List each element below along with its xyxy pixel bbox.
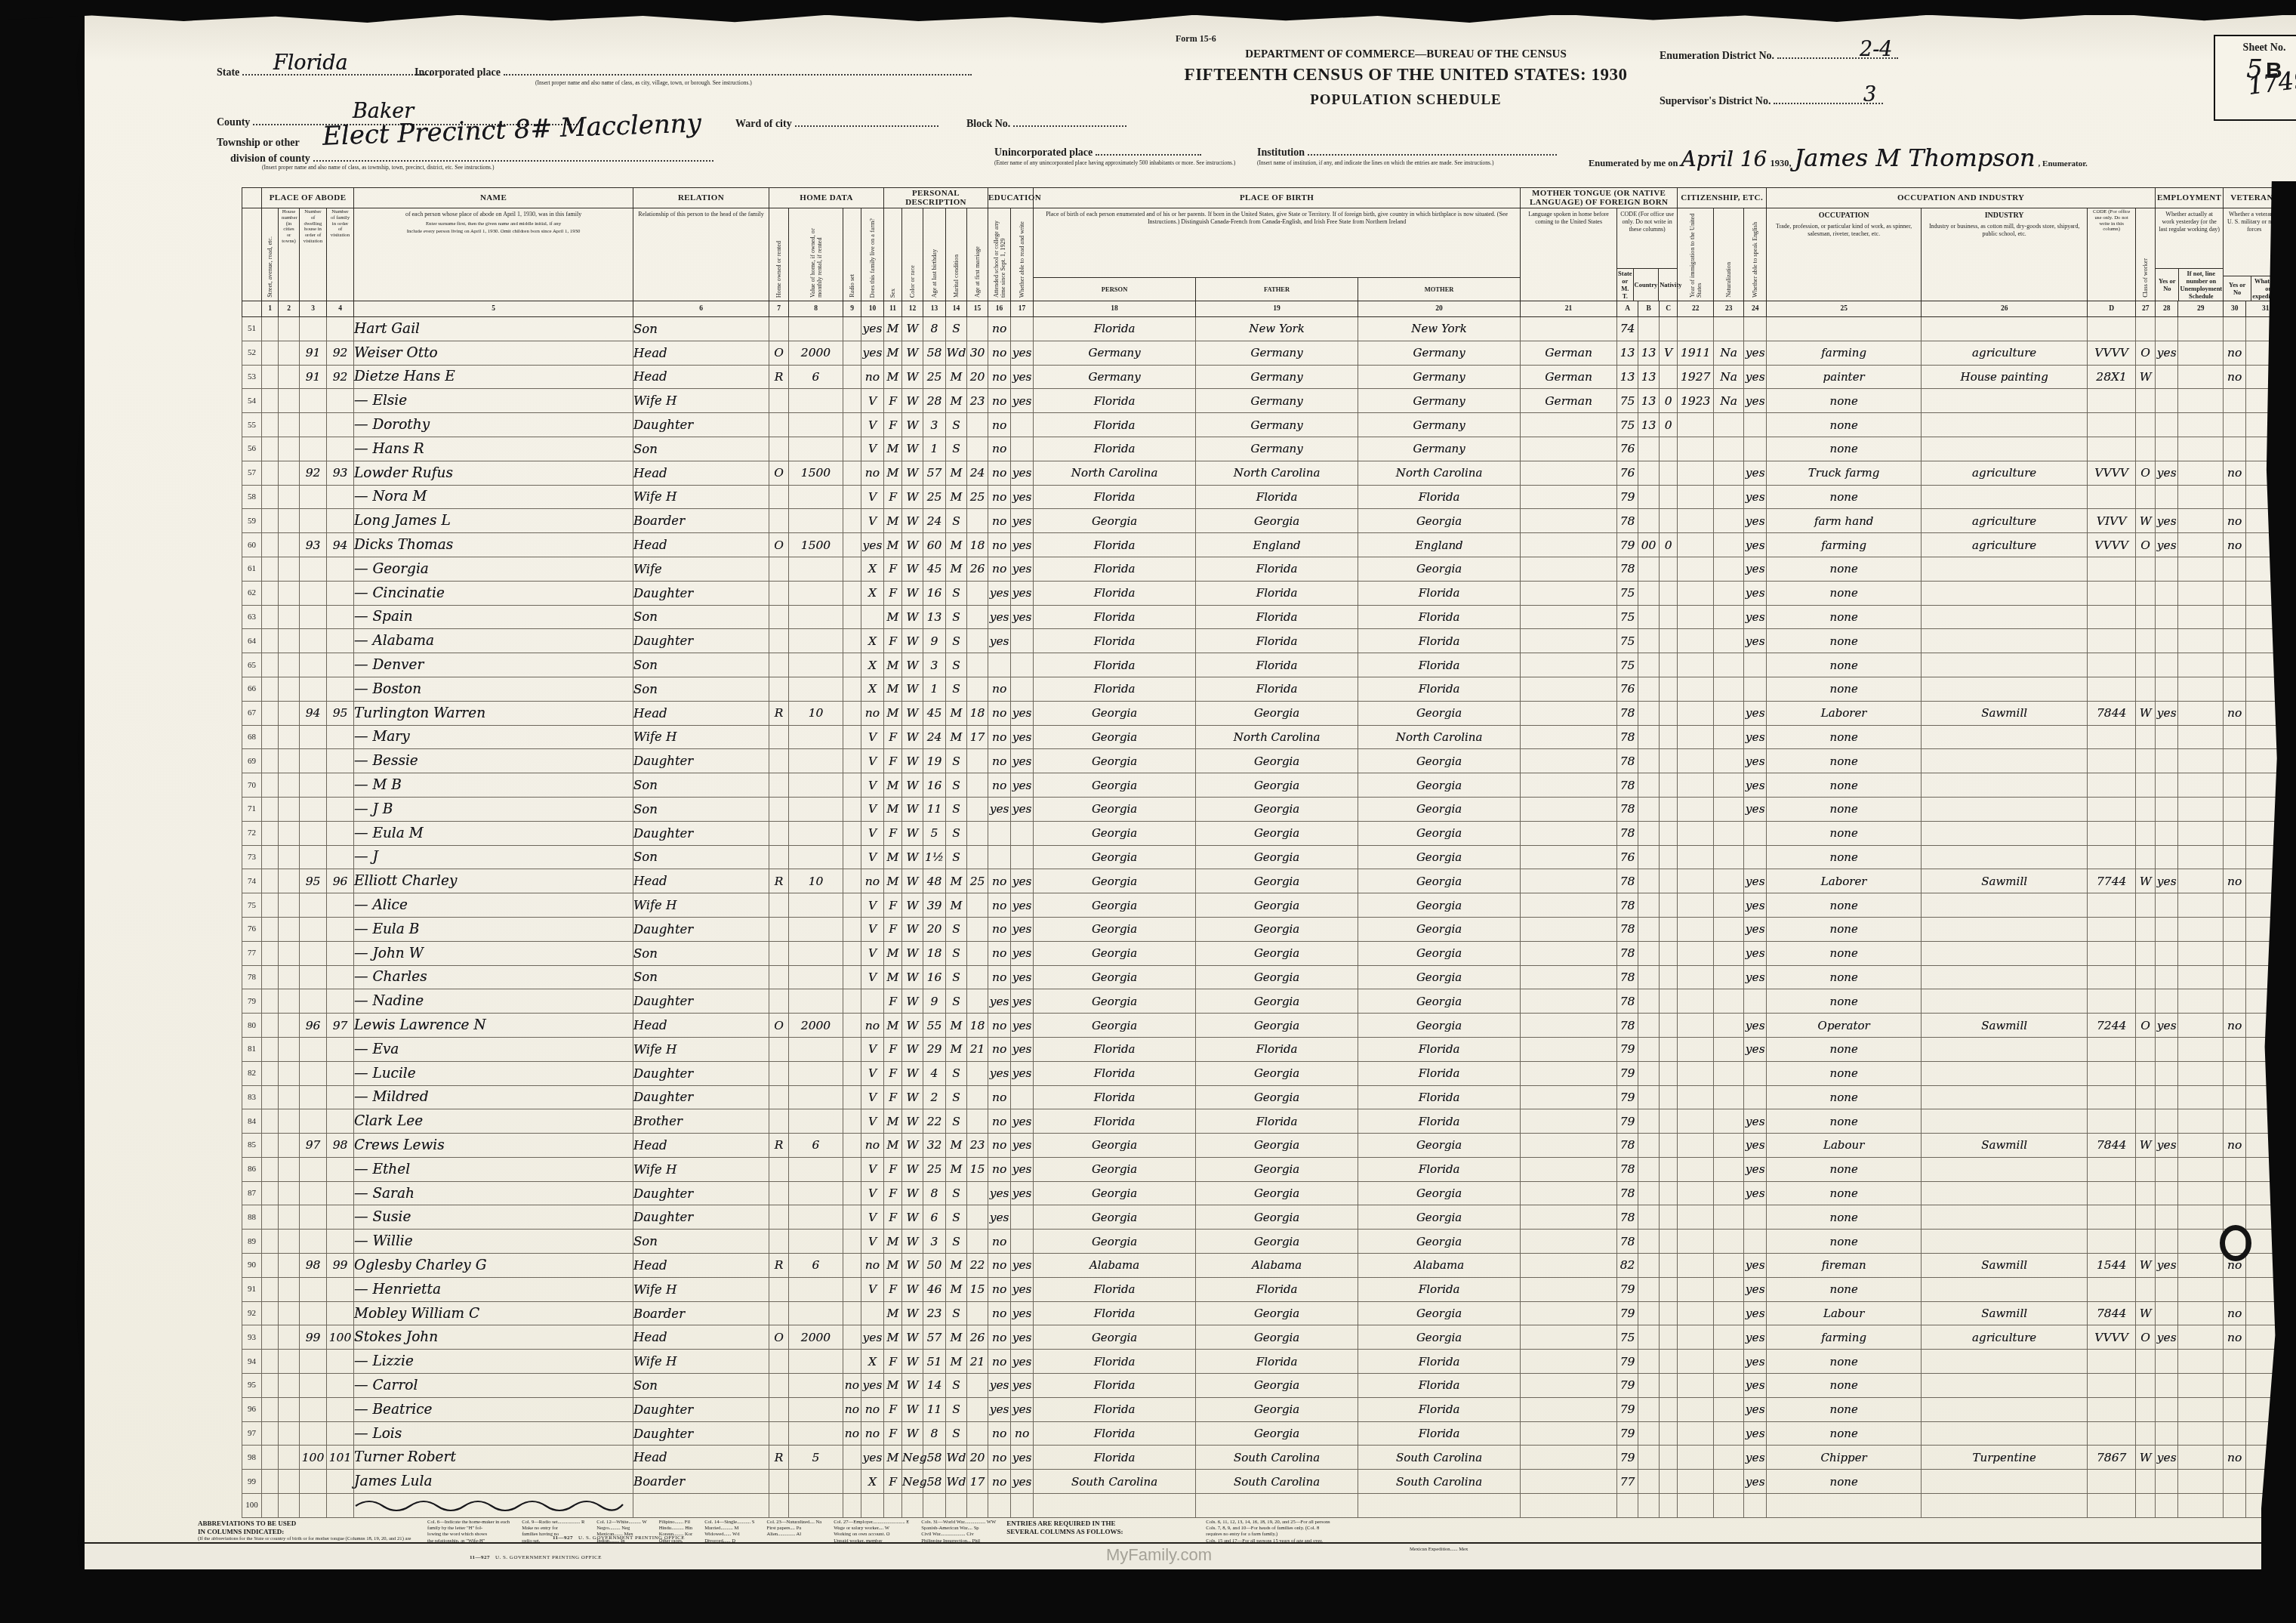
column-header: Whether able to speak English	[1744, 208, 1767, 301]
cell-sch	[988, 1494, 1011, 1518]
cell-ln: 92	[242, 1301, 262, 1325]
cell-hn	[279, 1494, 300, 1518]
cell-rw: yes	[1011, 1277, 1034, 1301]
cell-fmr: V	[861, 941, 884, 965]
cell-im	[1678, 1181, 1714, 1205]
cell-fmr: no	[861, 365, 884, 389]
cell-in	[1922, 1061, 2088, 1085]
cell-nt	[1714, 605, 1744, 629]
cell-nt	[1714, 725, 1744, 749]
cell-cl: W	[2136, 869, 2156, 893]
cell-vt	[2224, 725, 2246, 749]
cell-col: W	[902, 1350, 923, 1374]
cell-col: W	[902, 1109, 923, 1134]
cell-ca: 75	[1617, 605, 1638, 629]
cell-col: W	[902, 317, 923, 341]
cell-im	[1678, 845, 1714, 869]
cell-cb: 00	[1638, 533, 1660, 557]
cell-en	[1744, 989, 1767, 1014]
cell-hn	[279, 1301, 300, 1325]
cell-bp: North Carolina	[1034, 461, 1196, 485]
cell-vt	[2224, 773, 2246, 798]
cell-in	[1922, 557, 2088, 581]
cell-vt: no	[2224, 365, 2246, 389]
cell-val: 10	[789, 701, 843, 725]
cell-en: yes	[1744, 965, 1767, 989]
cell-wk: yes	[2156, 1325, 2178, 1350]
cell-nt	[1714, 893, 1744, 918]
cell-col: W	[902, 1397, 923, 1421]
cell-lg	[1521, 437, 1617, 461]
cell-st	[262, 1397, 279, 1421]
abbreviations-heading: ABBREVIATIONS TO BE USEDIN COLUMNS INDIC…	[198, 1520, 417, 1536]
cell-ln: 97	[242, 1421, 262, 1446]
cell-en: yes	[1744, 773, 1767, 798]
cell-cl: O	[2136, 1325, 2156, 1350]
cell-od	[2088, 653, 2136, 677]
cell-st	[262, 461, 279, 485]
column-header: CODE (For office use only. Do not write …	[1617, 208, 1678, 301]
cell-hn	[279, 1157, 300, 1181]
cell-ca: 78	[1617, 557, 1638, 581]
cell-nt	[1714, 629, 1744, 653]
cell-oc: none	[1767, 1157, 1922, 1181]
cell-in	[1922, 485, 2088, 509]
column-number: 30	[2224, 301, 2246, 317]
cell-vt	[2224, 917, 2246, 941]
cell-ca: 76	[1617, 677, 1638, 701]
table-row: 99James LulaBoarderXFNeg58Wd17noyesSouth…	[242, 1470, 2296, 1494]
cell-age: 9	[923, 989, 946, 1014]
cell-nm: — Eula B	[354, 917, 633, 941]
cell-in	[1922, 1181, 2088, 1205]
cell-oc: none	[1767, 1109, 1922, 1134]
column-number: 19	[1196, 301, 1358, 317]
cell-fmr: V	[861, 725, 884, 749]
cell-im	[1678, 1254, 1714, 1278]
cell-cb	[1638, 1350, 1660, 1374]
cell-bm: Georgia	[1358, 1301, 1521, 1325]
cell-sex: F	[884, 749, 902, 773]
cell-fmr: no	[861, 869, 884, 893]
column-number: 29	[2178, 301, 2224, 317]
cell-st	[262, 485, 279, 509]
cell-bp: Florida	[1034, 1350, 1196, 1374]
column-number: 4	[327, 301, 354, 317]
cell-mar: M	[946, 389, 967, 413]
column-header: Color or race	[902, 208, 923, 301]
cell-nt	[1714, 317, 1744, 341]
cell-lg	[1521, 1181, 1617, 1205]
cell-nt	[1714, 1157, 1744, 1181]
cell-rw: yes	[1011, 1301, 1034, 1325]
cell-fm	[327, 941, 354, 965]
cell-own	[769, 1157, 789, 1181]
cell-hn	[279, 725, 300, 749]
enumerated-label: Enumerated by me on	[1589, 158, 1678, 168]
cell-dw	[300, 797, 327, 821]
cell-agm	[967, 941, 988, 965]
cell-cl	[2136, 1374, 2156, 1398]
cell-st	[262, 1325, 279, 1350]
cell-cl	[2136, 1421, 2156, 1446]
cell-in	[1922, 581, 2088, 605]
cell-fm	[327, 389, 354, 413]
cell-bp: Florida	[1034, 653, 1196, 677]
cell-agm	[967, 917, 988, 941]
cell-vt	[2224, 1085, 2246, 1109]
cell-fmr: no	[861, 1014, 884, 1038]
cell-oc: none	[1767, 1374, 1922, 1398]
cell-own	[769, 509, 789, 533]
column-number	[242, 301, 262, 317]
cell-wk	[2156, 1157, 2178, 1181]
cell-sch: no	[988, 1470, 1011, 1494]
cell-own	[769, 1109, 789, 1134]
cell-sex: F	[884, 725, 902, 749]
cell-in: agriculture	[1922, 509, 2088, 533]
cell-sch: no	[988, 557, 1011, 581]
cell-cl: O	[2136, 461, 2156, 485]
cell-bp: Germany	[1034, 341, 1196, 365]
cell-rel: Head	[633, 869, 769, 893]
cell-cb: 13	[1638, 413, 1660, 437]
ward-label: Ward of city	[735, 119, 792, 130]
table-row: 69— BessieDaughterVFW19SnoyesGeorgiaGeor…	[242, 749, 2296, 773]
cell-ln: 81	[242, 1037, 262, 1061]
cell-bm: Georgia	[1358, 1325, 1521, 1350]
cell-rad	[843, 1014, 861, 1038]
scan-edge-bottom	[0, 1569, 2296, 1623]
cell-bf: Georgia	[1196, 845, 1358, 869]
cell-bm: South Carolina	[1358, 1446, 1521, 1470]
cell-fmr: X	[861, 581, 884, 605]
cell-rel: Wife H	[633, 893, 769, 918]
cell-sch: no	[988, 1014, 1011, 1038]
cell-un	[2178, 845, 2224, 869]
cell-mar: S	[946, 917, 967, 941]
cell-col: W	[902, 1277, 923, 1301]
crossed-out-squiggle	[354, 1495, 626, 1512]
cell-own	[769, 581, 789, 605]
cell-st	[262, 605, 279, 629]
cell-nt	[1714, 1230, 1744, 1254]
table-row: 88— SusieDaughterVFW6SyesGeorgiaGeorgiaG…	[242, 1205, 2296, 1230]
cell-bp: Florida	[1034, 1061, 1196, 1085]
cell-un	[2178, 1421, 2224, 1446]
cell-nm: Elliott Charley	[354, 869, 633, 893]
table-row: 79— NadineDaughterFW9SyesyesGeorgiaGeorg…	[242, 989, 2296, 1014]
cell-rad	[843, 1350, 861, 1374]
cell-cl	[2136, 413, 2156, 437]
cell-cc	[1660, 1421, 1678, 1446]
sub-column-header: MOTHER	[1358, 278, 1520, 301]
cell-age: 16	[923, 965, 946, 989]
cell-cl: W	[2136, 509, 2156, 533]
cell-lg	[1521, 1494, 1617, 1518]
cell-rw: yes	[1011, 509, 1034, 533]
cell-bm: Florida	[1358, 1061, 1521, 1085]
cell-nm: Turlington Warren	[354, 701, 633, 725]
cell-own	[769, 821, 789, 845]
cell-bf: Florida	[1196, 1037, 1358, 1061]
cell-lg	[1521, 1134, 1617, 1158]
cell-cb	[1638, 1230, 1660, 1254]
cell-wk	[2156, 845, 2178, 869]
sub-column-header: FATHER	[1195, 278, 1358, 301]
cell-oc: farming	[1767, 341, 1922, 365]
cell-rad	[843, 1157, 861, 1181]
cell-oc: painter	[1767, 365, 1922, 389]
cell-st	[262, 629, 279, 653]
column-number: 26	[1922, 301, 2088, 317]
table-row: 87— SarahDaughterVFW8SyesyesGeorgiaGeorg…	[242, 1181, 2296, 1205]
cell-st	[262, 581, 279, 605]
cell-st	[262, 725, 279, 749]
cell-own	[769, 1277, 789, 1301]
cell-ln: 89	[242, 1230, 262, 1254]
cell-st	[262, 917, 279, 941]
cell-nm: — Nadine	[354, 989, 633, 1014]
cell-own	[769, 725, 789, 749]
cell-vt: no	[2224, 869, 2246, 893]
cell-nm: — Charles	[354, 965, 633, 989]
cell-own	[769, 941, 789, 965]
cell-rad	[843, 965, 861, 989]
cell-hn	[279, 1421, 300, 1446]
cell-hn	[279, 461, 300, 485]
cell-age: 3	[923, 1230, 946, 1254]
cell-nt	[1714, 917, 1744, 941]
column-number: 6	[633, 301, 769, 317]
cell-hn	[279, 485, 300, 509]
cell-ca: 74	[1617, 317, 1638, 341]
cell-rel: Son	[633, 965, 769, 989]
cell-age: 46	[923, 1277, 946, 1301]
cell-fm: 92	[327, 365, 354, 389]
cell-rel: Head	[633, 461, 769, 485]
column-group-header: PLACE OF BIRTH	[1034, 188, 1521, 208]
cell-rel: Son	[633, 605, 769, 629]
cell-vt	[2224, 413, 2246, 437]
column-header: Does this family live on a farm?	[861, 208, 884, 301]
cell-bf: Georgia	[1196, 749, 1358, 773]
cell-agm: 26	[967, 1325, 988, 1350]
cell-mar	[946, 1494, 967, 1518]
cell-fmr: V	[861, 893, 884, 918]
cell-en: yes	[1744, 1446, 1767, 1470]
cell-cl	[2136, 725, 2156, 749]
cell-ln: 79	[242, 989, 262, 1014]
cell-lg	[1521, 629, 1617, 653]
cell-dw	[300, 1374, 327, 1398]
cell-un	[2178, 1061, 2224, 1085]
cell-age: 58	[923, 341, 946, 365]
cell-bp: Florida	[1034, 1109, 1196, 1134]
cell-wk	[2156, 1374, 2178, 1398]
cell-lg	[1521, 1014, 1617, 1038]
cell-bf: Georgia	[1196, 965, 1358, 989]
cell-hn	[279, 821, 300, 845]
cell-bf: Florida	[1196, 1109, 1358, 1134]
cell-cb	[1638, 869, 1660, 893]
cell-in	[1922, 941, 2088, 965]
cell-age: 39	[923, 893, 946, 918]
print-code-line-2: 11—927 U. S. GOVERNMENT PRINTING OFFICE	[470, 1554, 602, 1560]
column-number: 17	[1011, 301, 1034, 317]
cell-un	[2178, 1157, 2224, 1181]
cell-fmr: V	[861, 1085, 884, 1109]
sub-column-header: Country	[1633, 269, 1659, 301]
cell-st	[262, 749, 279, 773]
cell-cl	[2136, 1037, 2156, 1061]
cell-sex: F	[884, 485, 902, 509]
entries-rule: Cols. 6, 11, 12, 13, 14, 16, 18, 19, 20,…	[1206, 1520, 1330, 1526]
cell-bf: Georgia	[1196, 797, 1358, 821]
cell-st	[262, 1157, 279, 1181]
cell-cc	[1660, 1470, 1678, 1494]
cell-cc	[1660, 941, 1678, 965]
cell-lg	[1521, 941, 1617, 965]
cell-sex: M	[884, 1109, 902, 1134]
cell-ca: 78	[1617, 869, 1638, 893]
cell-nt: Na	[1714, 365, 1744, 389]
cell-cc	[1660, 869, 1678, 893]
cell-un	[2178, 1109, 2224, 1134]
cell-cb	[1638, 893, 1660, 918]
cell-dw	[300, 317, 327, 341]
cell-dw	[300, 605, 327, 629]
column-header: Marital condition	[946, 208, 967, 301]
cell-mar: S	[946, 605, 967, 629]
cell-rad	[843, 437, 861, 461]
cell-sch: no	[988, 1109, 1011, 1134]
cell-mar: S	[946, 437, 967, 461]
cell-rel: Head	[633, 1446, 769, 1470]
cell-col: W	[902, 677, 923, 701]
census-title: FIFTEENTH CENSUS OF THE UNITED STATES: 1…	[1066, 65, 1746, 85]
cell-wk	[2156, 821, 2178, 845]
cell-ln: 53	[242, 365, 262, 389]
cell-rw: yes	[1011, 941, 1034, 965]
cell-sex: M	[884, 677, 902, 701]
cell-vt	[2224, 1277, 2246, 1301]
cell-fmr: V	[861, 1181, 884, 1205]
cell-lg	[1521, 965, 1617, 989]
cell-nt	[1714, 1446, 1744, 1470]
cell-rw: yes	[1011, 869, 1034, 893]
cell-in	[1922, 917, 2088, 941]
cell-vt	[2224, 941, 2246, 965]
cell-en: yes	[1744, 797, 1767, 821]
cell-sch: no	[988, 1350, 1011, 1374]
cell-cl	[2136, 845, 2156, 869]
cell-fmr: yes	[861, 1446, 884, 1470]
cell-rw	[1011, 1205, 1034, 1230]
sub-column-header: Yes or No	[2156, 269, 2178, 301]
cell-wk: yes	[2156, 701, 2178, 725]
cell-im: 1927	[1678, 365, 1714, 389]
institution-label: Institution	[1257, 147, 1305, 159]
cell-rad	[843, 893, 861, 918]
cell-fmr: no	[861, 1254, 884, 1278]
cell-od	[2088, 725, 2136, 749]
cell-bf: Georgia	[1196, 1061, 1358, 1085]
cell-od	[2088, 605, 2136, 629]
cell-mar: S	[946, 1181, 967, 1205]
cell-ln: 58	[242, 485, 262, 509]
cell-fmr: yes	[861, 341, 884, 365]
cell-wk	[2156, 725, 2178, 749]
cell-un	[2178, 1277, 2224, 1301]
cell-bf: Georgia	[1196, 821, 1358, 845]
cell-cc	[1660, 1230, 1678, 1254]
cell-mar: M	[946, 1325, 967, 1350]
cell-vt: no	[2224, 341, 2246, 365]
cell-rad	[843, 1446, 861, 1470]
cell-vt	[2224, 965, 2246, 989]
cell-en: yes	[1744, 941, 1767, 965]
cell-age: 25	[923, 485, 946, 509]
cell-bm: Georgia	[1358, 1014, 1521, 1038]
cell-im	[1678, 1037, 1714, 1061]
cell-bp: Georgia	[1034, 893, 1196, 918]
column-group-header: PERSONAL DESCRIPTION	[884, 188, 988, 208]
cell-val	[789, 1374, 843, 1398]
cell-age: 51	[923, 1350, 946, 1374]
cell-wk	[2156, 629, 2178, 653]
cell-in	[1922, 389, 2088, 413]
column-number: 2	[279, 301, 300, 317]
cell-en: yes	[1744, 1325, 1767, 1350]
cell-lg	[1521, 533, 1617, 557]
cell-st	[262, 821, 279, 845]
cell-un	[2178, 485, 2224, 509]
cell-od	[2088, 965, 2136, 989]
cell-cc	[1660, 1374, 1678, 1398]
cell-bf: Florida	[1196, 629, 1358, 653]
cell-cc	[1660, 1134, 1678, 1158]
cell-own: R	[769, 1254, 789, 1278]
cell-bf: Georgia	[1196, 1181, 1358, 1205]
cell-cb	[1638, 677, 1660, 701]
cell-age: 24	[923, 725, 946, 749]
cell-col: Neg	[902, 1470, 923, 1494]
cell-un	[2178, 677, 2224, 701]
cell-agm: 18	[967, 533, 988, 557]
cell-agm	[967, 629, 988, 653]
cell-cb	[1638, 653, 1660, 677]
cell-col: W	[902, 1254, 923, 1278]
cell-st	[262, 1109, 279, 1134]
unincorporated-label: Unincorporated place	[994, 147, 1093, 159]
cell-bp: Georgia	[1034, 509, 1196, 533]
cell-sex: M	[884, 941, 902, 965]
cell-nm: — Hans R	[354, 437, 633, 461]
cell-age: 6	[923, 1205, 946, 1230]
cell-cc	[1660, 917, 1678, 941]
cell-agm	[967, 1494, 988, 1518]
cell-nt	[1714, 677, 1744, 701]
cell-un	[2178, 557, 2224, 581]
cell-hn	[279, 1350, 300, 1374]
cell-in	[1922, 1230, 2088, 1254]
cell-st	[262, 1374, 279, 1398]
cell-od	[2088, 1421, 2136, 1446]
cell-val	[789, 1350, 843, 1374]
cell-ln: 66	[242, 677, 262, 701]
cell-nt	[1714, 437, 1744, 461]
